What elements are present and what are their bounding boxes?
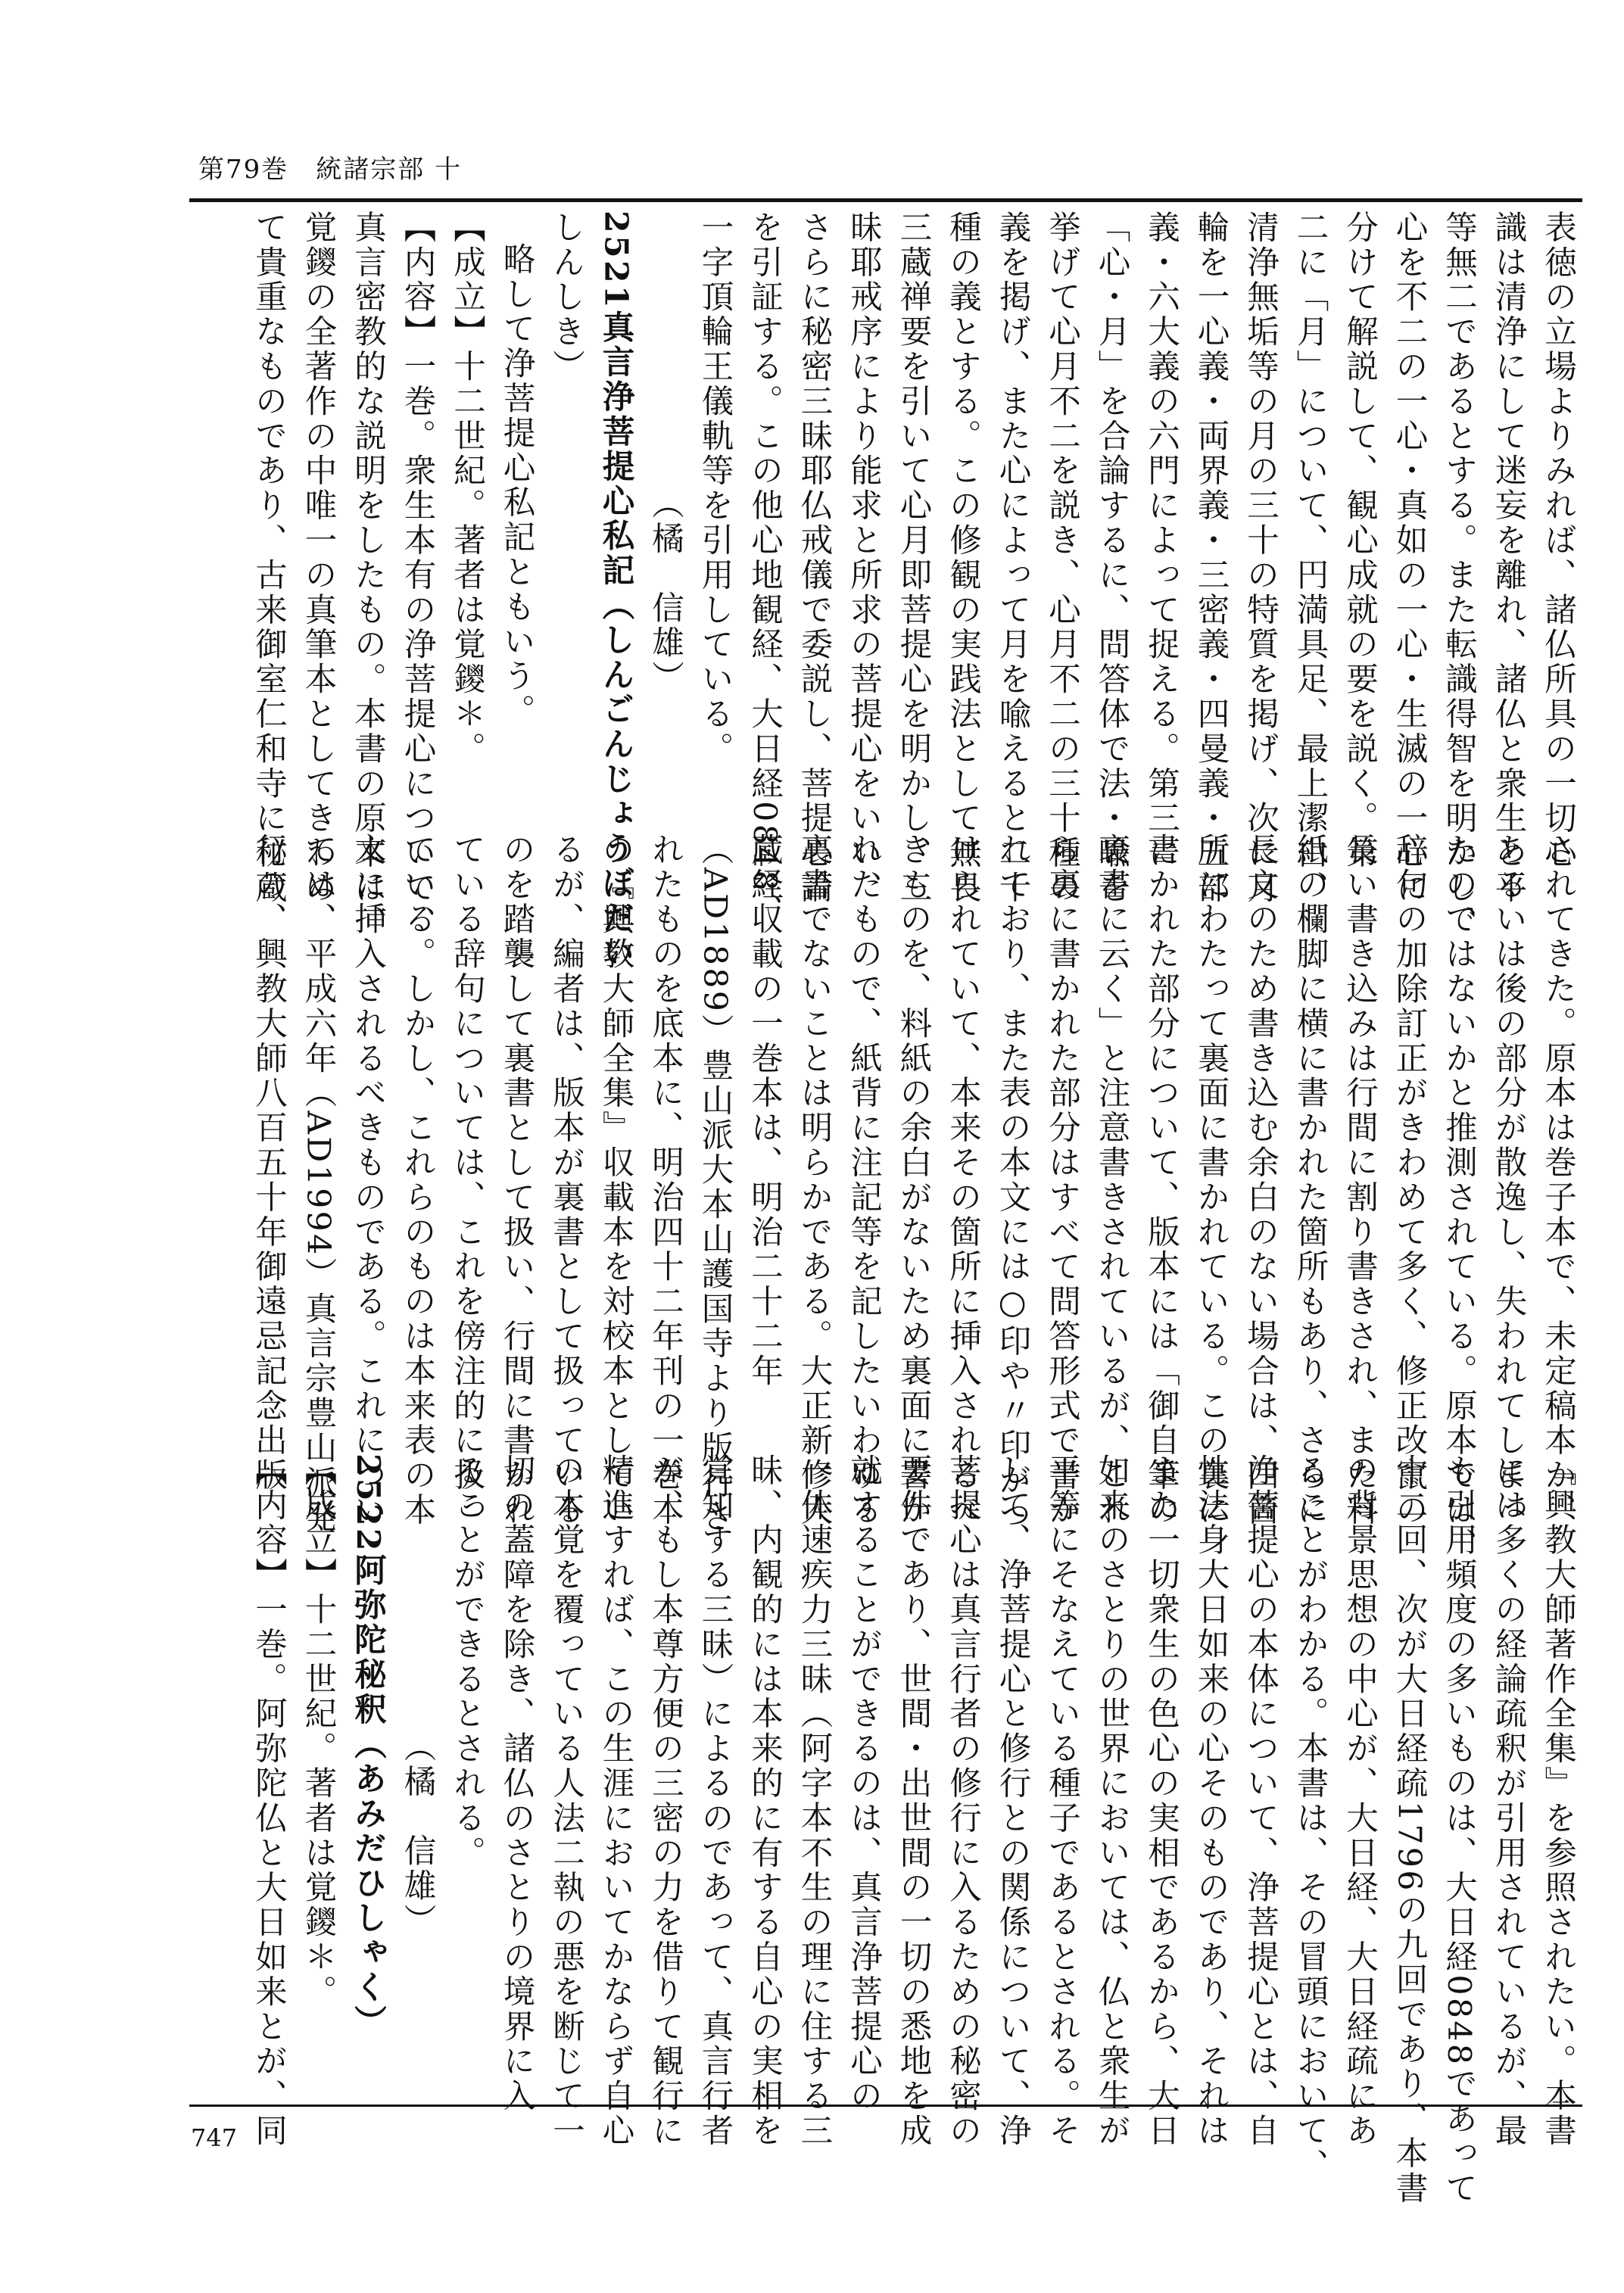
text-column: れたもので、紙背に注記等を記したいわゆる (839, 833, 889, 1317)
text-column: ることができるとされる。 (442, 1453, 492, 1938)
text-column: 義・六大義の六門によって捉える。第三に (1136, 210, 1186, 695)
text-column: 清浄無垢等の月の三十の特質を掲げ、次に月 (1236, 210, 1286, 695)
entry-reading: しんしき） (541, 210, 591, 695)
text-column: には多くの経論疏釈が引用されているが、最 (1483, 1453, 1533, 1938)
text-column: 裏書に云く」と注意書きされているが、これ (1086, 833, 1136, 1317)
section-origin: 【成立】十二世紀。著者は覚鑁＊。 (442, 210, 492, 695)
text-column: ら裏に書かれた部分はすべて問答形式で書か (1037, 833, 1087, 1317)
text-column: ては、平成六年（AD1994）真言宗豊山派発 (293, 833, 343, 1317)
text-column: 一字頂輪王儀軌等を引用している。 (690, 210, 740, 695)
text-column: 識は清浄にして迷妄を離れ、諸仏と衆生と平 (1483, 210, 1533, 695)
text-column: きものを、料紙の余白がないため裏面に書か (888, 833, 938, 1317)
text-column: 紙の欄脚に横に書かれた箇所もあり、さらに (1285, 833, 1335, 1317)
text-column: れており、また表の本文には○印や〃印がつ (987, 833, 1037, 1317)
text-column: 就することができるのは、真言浄菩提心の (839, 1453, 889, 1938)
text-column: 浄菩提心の本体について、浄菩提心とは、自 (1236, 1453, 1286, 1938)
text-column: 義を掲げ、また心によって月を喩えると二十 (987, 210, 1037, 695)
text-column: 要件であり、世間・出世間の一切の悉地を成 (888, 1453, 938, 1938)
text-column: を引証する。この他心地観経、大日経0848、 (740, 210, 790, 695)
text-column: 所にわたって裏面に書かれている。この裏に (1186, 833, 1236, 1317)
text-column: ることがわかる。本書は、その冒頭において、 (1285, 1453, 1335, 1938)
text-column: 昧耶戒序により能求と所求の菩提心をいい、 (839, 210, 889, 695)
text-column: ている。しかし、これらのものは本来表の本 (392, 833, 442, 1317)
text-column: 三蔵禅要を引いて心月即菩提心を明かし、三 (888, 210, 938, 695)
text-column: 行の、興教大師八百五十年御遠忌記念出版 (244, 833, 294, 1317)
text-column: 種の義とする。この修観の実践法として無畏 (938, 210, 988, 695)
text-column: 『興教大師著作全集』を参照されたい。本書 (1533, 1453, 1583, 1938)
text-column: ている辞句については、これを傍注的に扱っ (442, 833, 492, 1317)
text-column: たのではないかと推測されている。原本では、 (1434, 833, 1484, 1317)
text-column: 如来のさとりの世界においては、仏と衆生が (1086, 1453, 1136, 1938)
text-column: 昧、内観的には本来的に有する自心の実相を (740, 1453, 790, 1938)
section-origin: 【成立】十二世紀。著者は覚鑁＊。 (293, 1453, 343, 1938)
text-band-2: されてきた。原本は巻子本で、未定稿本か、 あるいは後の部分が散逸し、失われてしま… (189, 833, 1582, 1317)
text-column: 長文のため書き込む余白のない場合は、四箇 (1236, 833, 1286, 1317)
text-column: 心を不二の一心・真如の一心・生滅の一心に (1384, 210, 1434, 695)
bottom-rule (189, 2105, 1582, 2107)
text-column: 挙げて心月不二を説き、心月不二の三十種の (1037, 210, 1087, 695)
entry-heading-2522: 2522阿弥陀秘釈（あみだひしゃく） (343, 1453, 393, 1938)
text-column: 平等にそなえている種子であるとされる。そ (1037, 1453, 1087, 1938)
text-column: 真言密教的な説明をしたもの。本書の原本は、 (343, 210, 393, 695)
text-column: 切の蓋障を除き、諸仏のさとりの境界に入 (491, 1453, 541, 1938)
text-column: 覚鑁の全著作の中唯一の真筆本としてきわめ (293, 210, 343, 695)
text-column: 覚知する三昧）によるのであって、真言行者 (690, 1453, 740, 1938)
text-column: 「心・月」を合論するに、問答体で法・喩を (1086, 210, 1136, 695)
text-column: の背景思想の中心が、大日経、大日経疏にあ (1335, 1453, 1385, 1938)
text-column: （AD1889）豊山派大本山護国寺より版行さ (690, 833, 740, 1317)
text-column: されてきた。原本は巻子本で、未定稿本か、 (1533, 833, 1583, 1317)
text-band-3: 『興教大師著作全集』を参照されたい。本書 には多くの経論疏釈が引用されているが、… (189, 1453, 1582, 1938)
text-column: 裏書でないことは明らかである。大正新修大 (789, 833, 839, 1317)
entry-heading-2521: 2521真言浄菩提心私記（しんごんじょうぼだい (591, 210, 641, 695)
text-column: して、浄菩提心と修行との関係について、浄 (987, 1453, 1037, 1938)
text-column: また一切衆生の色心の実相であるから、大日 (1136, 1453, 1186, 1938)
text-column: の『興教大師全集』収載本を対校本としてい (591, 833, 641, 1317)
text-column: 等無二であるとする。また転識得智を明かし、 (1434, 210, 1484, 695)
text-column: 表徳の立場よりみれば、諸仏所具の一切心 (1533, 210, 1583, 695)
text-column: 長い書き込みは行間に割り書きされ、また料 (1335, 833, 1385, 1317)
text-column: 略して浄菩提心私記ともいう。 (491, 210, 541, 695)
text-column: 文に挿入されるべきものである。これについ (343, 833, 393, 1317)
text-column: 輪を一心義・両界義・三密義・四曼義・五部 (1186, 210, 1236, 695)
text-column: るが、編者は、版本が裏書として扱っている (541, 833, 591, 1317)
page-number: 747 (191, 2123, 237, 2152)
text-column: あるいは後の部分が散逸し、失われてしまっ (1483, 833, 1533, 1317)
section-content: 【内容】一巻。衆生本有の浄菩提心について、 (392, 210, 442, 695)
text-column: 辞句の加除訂正がきわめて多く、修正改竄の (1384, 833, 1434, 1317)
text-column: さらに秘密三昧耶仏戒儀で委説し、菩提心論 (789, 210, 839, 695)
text-column: 二に「月」について、円満具足、最上潔白、 (1285, 210, 1335, 695)
section-content: 【内容】一巻。阿弥陀仏と大日如来とが、同 (244, 1453, 294, 1938)
text-band-1: 表徳の立場よりみれば、諸仏所具の一切心 識は清浄にして迷妄を離れ、諸仏と衆生と平… (189, 210, 1582, 695)
text-column: 書かれた部分について、版本には「御自筆の (1136, 833, 1186, 1317)
author-signature: （橘 信雄） (392, 1453, 442, 1938)
text-column: が、もし本尊方便の三密の力を借りて観行に (641, 1453, 690, 1938)
text-column: 性法身大日如来の心そのものであり、それは (1186, 1453, 1236, 1938)
text-column: 一体速疾力三昧（阿字本不生の理に住する三 (789, 1453, 839, 1938)
top-rule (189, 198, 1582, 202)
text-column: れたものを底本に、明治四十二年刊の一巻本 (641, 833, 690, 1317)
author-signature: （橘 信雄） (641, 210, 690, 695)
running-head: 第79巻 統諸宗部 十 (198, 148, 462, 185)
text-column: のを踏襲して裏書として扱い、行間に書かれ (491, 833, 541, 1317)
text-column: 十二回、次が大日経疏1796の九回であり、本書 (1384, 1453, 1434, 1938)
text-column: 分けて解説して、観心成就の要を説く。第 (1335, 210, 1385, 695)
text-column: も引用頻度の多いものは、大日経0848であって (1434, 1453, 1484, 1938)
text-column: の本覚を覆っている人法二執の悪を断じて一 (541, 1453, 591, 1938)
text-column: 蔵経収載の一巻本は、明治二十二年 (740, 833, 790, 1317)
text-column: 菩提心は真言行者の修行に入るための秘密の (938, 1453, 988, 1938)
text-column: 精進すれば、この生涯においてかならず自心 (591, 1453, 641, 1938)
text-column: て貴重なものであり、古来御室仁和寺に秘蔵 (244, 210, 294, 695)
text-column: けられていて、本来その箇所に挿入されるべ (938, 833, 988, 1317)
